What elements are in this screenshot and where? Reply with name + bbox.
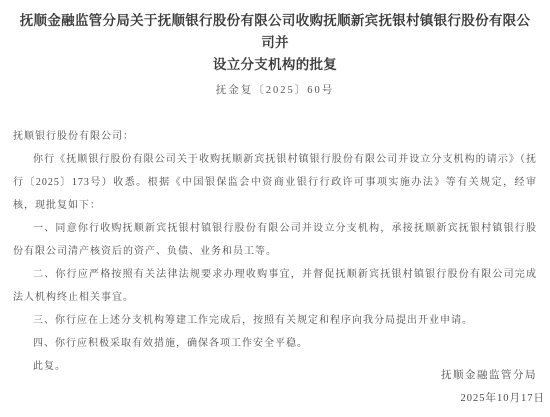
document-title: 抚顺金融监管分局关于抚顺银行股份有限公司收购抚顺新宾抚银村镇银行股份有限公司并 …	[13, 10, 537, 76]
paragraph-item-1: 一、同意你行收购抚顺新宾抚银村镇银行股份有限公司并设立分支机构，承接抚顺新宾抚银…	[13, 217, 537, 263]
paragraph-item-2: 二、你行应严格按照有关法律法规要求办理收购事宜，并督促抚顺新宾抚银村镇银行股份有…	[13, 263, 537, 309]
salutation: 抚顺银行股份有限公司：	[13, 125, 537, 148]
document-title-line2: 设立分支机构的批复	[13, 54, 537, 76]
paragraph-item-3: 三、你行应在上述分支机构筹建工作完成后，按照有关规定和程序向我分局提出开业申请。	[13, 309, 537, 332]
signature-block: 抚顺金融监管分局 2025年10月17日	[0, 364, 550, 410]
paragraph-item-4: 四、你行应积极采取有效措施，确保各项工作安全平稳。	[13, 332, 537, 355]
paragraph-intro: 你行《抚顺银行股份有限公司关于收购抚顺新宾抚银村镇银行股份有限公司并设立分支机构…	[13, 148, 537, 217]
signature-date: 2025年10月17日	[0, 387, 550, 410]
signature-agency: 抚顺金融监管分局	[0, 364, 550, 387]
document-page: 抚顺金融监管分局关于抚顺银行股份有限公司收购抚顺新宾抚银村镇银行股份有限公司并 …	[0, 0, 550, 417]
document-number: 抚金复〔2025〕60号	[0, 83, 550, 99]
document-title-line1: 抚顺金融监管分局关于抚顺银行股份有限公司收购抚顺新宾抚银村镇银行股份有限公司并	[13, 10, 537, 54]
document-body: 抚顺银行股份有限公司： 你行《抚顺银行股份有限公司关于收购抚顺新宾抚银村镇银行股…	[13, 125, 537, 378]
